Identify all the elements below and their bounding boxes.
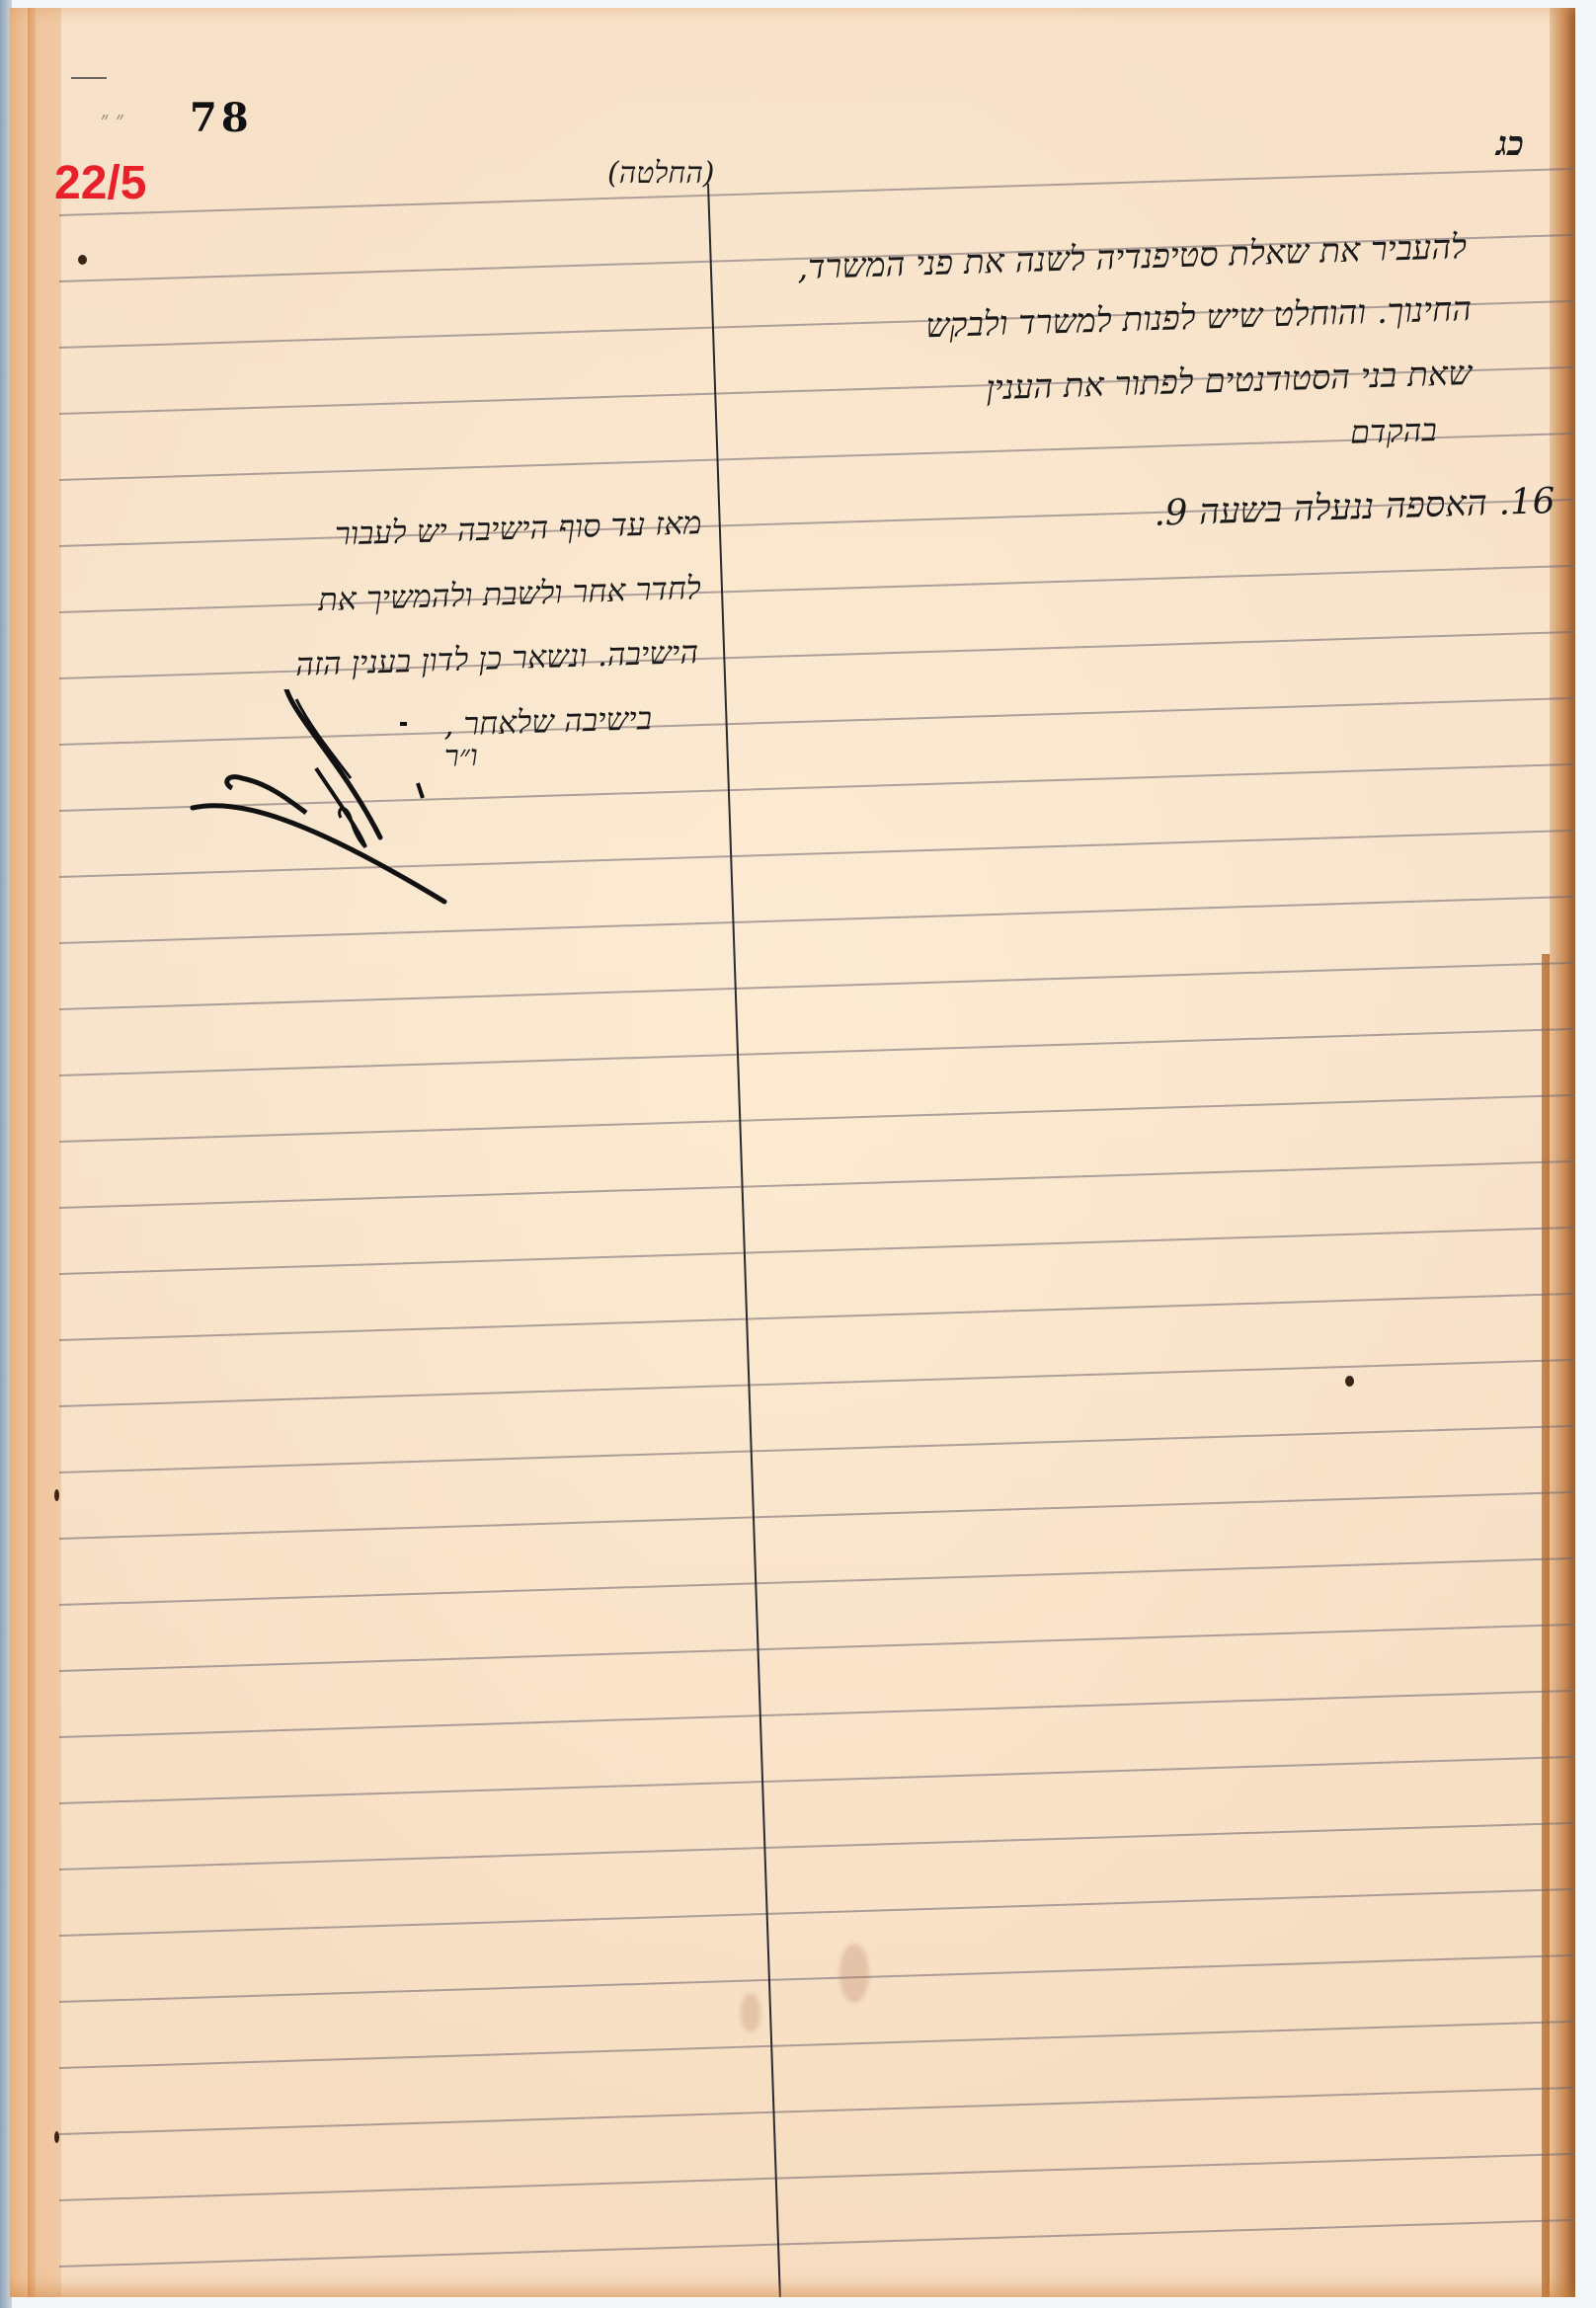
left-margin (10, 8, 61, 2297)
ruled-line (59, 1292, 1575, 1341)
ruled-line (59, 1689, 1575, 1738)
ink-dot (54, 2131, 59, 2143)
ruled-line (59, 167, 1575, 216)
ruled-line (59, 1490, 1575, 1540)
ruled-line (59, 630, 1575, 679)
ruled-line (59, 2086, 1575, 2135)
ruled-line (59, 1226, 1575, 1275)
ruled-line (59, 1424, 1575, 1473)
signature (178, 689, 494, 926)
right-line-4: בהקדם (1350, 411, 1438, 451)
ruled-line (59, 1755, 1575, 1804)
ruled-lines (59, 8, 1575, 2297)
ruled-line (59, 1027, 1575, 1076)
ruled-line (59, 564, 1575, 613)
left-margin-edge (28, 8, 36, 2297)
stain (839, 1944, 869, 2003)
ruled-line (59, 1821, 1575, 1870)
pencil-mark (71, 77, 107, 79)
ruled-line (59, 432, 1575, 481)
ruled-line (59, 1953, 1575, 2003)
ruled-line (59, 1093, 1575, 1143)
page-number: 78 (190, 95, 253, 141)
top-right-mark: כג (1496, 124, 1524, 164)
stain (741, 1993, 760, 2032)
ink-dot (54, 1489, 59, 1501)
ruled-line (59, 2020, 1575, 2069)
ruled-line (59, 1556, 1575, 1606)
ruled-line (59, 2218, 1575, 2268)
ruled-line (59, 2152, 1575, 2201)
ruled-line (59, 961, 1575, 1010)
faint-marks: ״ ״ (101, 107, 124, 132)
archive-label: 22/5 (54, 156, 146, 210)
column-header: (החלטה) (607, 156, 714, 191)
signature-tail-text: ו״ר (443, 739, 478, 774)
ruled-line (59, 1887, 1575, 1937)
ink-dot (1345, 1376, 1354, 1387)
ruled-line (59, 1159, 1575, 1209)
notebook-page: ״ ״ 78 22/5 כג (החלטה) להעביר את שאלת סט… (10, 8, 1575, 2297)
ink-dot (78, 255, 87, 265)
ruled-line (59, 1623, 1575, 1672)
